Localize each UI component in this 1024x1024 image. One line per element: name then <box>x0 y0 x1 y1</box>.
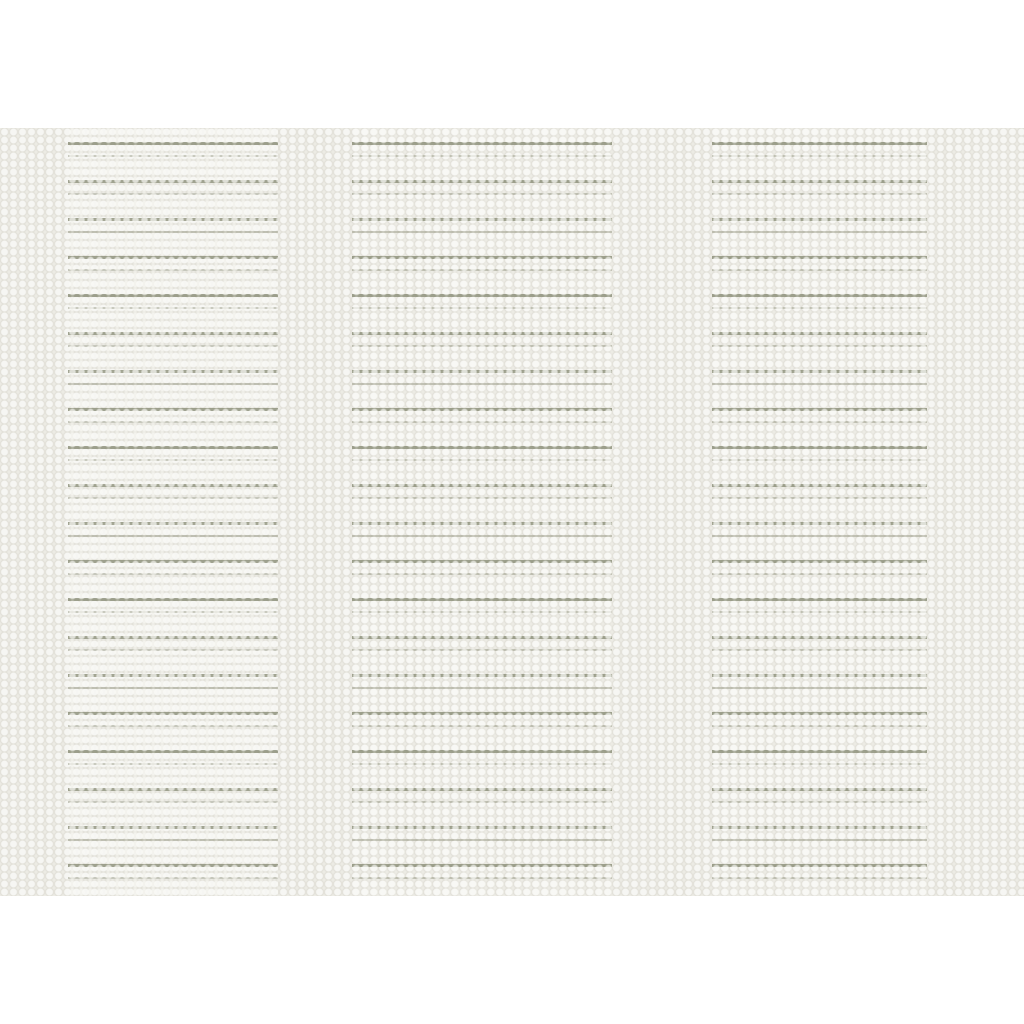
stripe-band-left <box>68 128 278 896</box>
rug-photo <box>0 128 1024 896</box>
stripe-band-right <box>712 128 927 896</box>
stripe-band-center <box>352 128 612 896</box>
